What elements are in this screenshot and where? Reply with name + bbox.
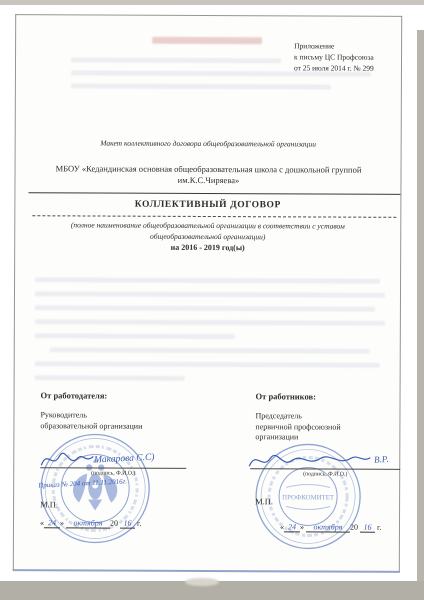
horizontal-rule xyxy=(28,192,400,195)
employer-heading: От работодателя: xyxy=(41,390,108,400)
employees-date-line: «24» октября20 16 г. xyxy=(280,522,381,532)
scanned-document-page: Приложение к письму ЦС Профсоюза от 25 и… xyxy=(13,14,402,573)
bleed-through-artifact xyxy=(152,37,262,44)
title-note-line1: (полное наименование общеобразовательной… xyxy=(15,220,400,231)
employer-date-line: «24» октября20 16 г. xyxy=(40,518,141,528)
year-suffix: г. xyxy=(377,523,381,532)
quote-close: » xyxy=(60,518,64,527)
bleed-through-artifact xyxy=(35,361,380,368)
employees-role-line: Председатель xyxy=(255,411,340,422)
employer-role-line: образовательной организации xyxy=(40,421,142,432)
stamp-center-text: ПРОФКОМИТЕТ xyxy=(282,494,335,501)
document-title: КОЛЛЕКТИВНЫЙ ДОГОВОР xyxy=(15,199,400,211)
employees-seal-placeholder: М.П. xyxy=(255,496,273,506)
model-caption: Макет коллективного договора общеобразов… xyxy=(16,138,401,149)
annex-line: Приложение xyxy=(294,41,374,52)
scan-smudge xyxy=(185,578,219,586)
employees-signature-caption: (подпись, Ф.И.О.) xyxy=(250,471,400,478)
century: 20 xyxy=(110,519,118,528)
century: 20 xyxy=(350,523,358,532)
bleed-through-artifact xyxy=(50,347,370,353)
employer-signature-name: Макарова С.С) xyxy=(93,452,155,466)
scanner-background-top xyxy=(0,0,424,5)
employees-date-year: 16 xyxy=(360,523,375,533)
bleed-through-artifact xyxy=(35,333,235,339)
quote-close: » xyxy=(300,522,304,531)
annex-reference: Приложение к письму ЦС Профсоюза от 25 и… xyxy=(294,41,374,74)
bleed-through-artifact xyxy=(71,57,281,63)
employees-role-line: первичной профсоюзной xyxy=(255,422,340,433)
bleed-through-artifact xyxy=(35,277,380,284)
year-suffix: г. xyxy=(137,519,141,528)
dashed-rule xyxy=(32,215,396,218)
employer-date-day: 24 xyxy=(44,518,60,528)
bleed-through-artifact xyxy=(35,319,385,326)
employer-role-line: Руководитель xyxy=(40,410,142,421)
annex-line: от 25 июля 2014 г. № 299 xyxy=(294,63,374,74)
bleed-through-artifact xyxy=(35,375,185,381)
employer-role: Руководитель образовательной организации xyxy=(40,410,142,431)
employees-date-month: октября xyxy=(306,522,350,532)
employer-date-month: октября xyxy=(66,518,110,528)
title-note-line2: общеобразовательной организации) xyxy=(15,231,400,242)
annex-line: к письму ЦС Профсоюза xyxy=(294,52,374,63)
employer-seal-placeholder: М.П. xyxy=(40,499,58,509)
bleed-through-artifact xyxy=(35,291,385,298)
employer-date-year: 16 xyxy=(120,519,135,529)
bleed-through-artifact xyxy=(35,305,375,311)
scanner-background-right xyxy=(417,30,424,600)
employees-heading: От работников: xyxy=(256,391,316,401)
employees-role: Председатель первичной профсоюзной орган… xyxy=(255,411,340,443)
agreement-period: на 2016 - 2019 год(ы) xyxy=(15,242,400,253)
bleed-through-artifact xyxy=(71,83,331,89)
employer-signature-caption: (подпись, Ф.И.О.) xyxy=(40,470,186,477)
employees-signature-name: В.Р. xyxy=(374,454,389,465)
employees-date-day: 24 xyxy=(284,522,300,532)
organization-name: МБОУ «Кедандинская основная общеобразова… xyxy=(28,163,388,187)
